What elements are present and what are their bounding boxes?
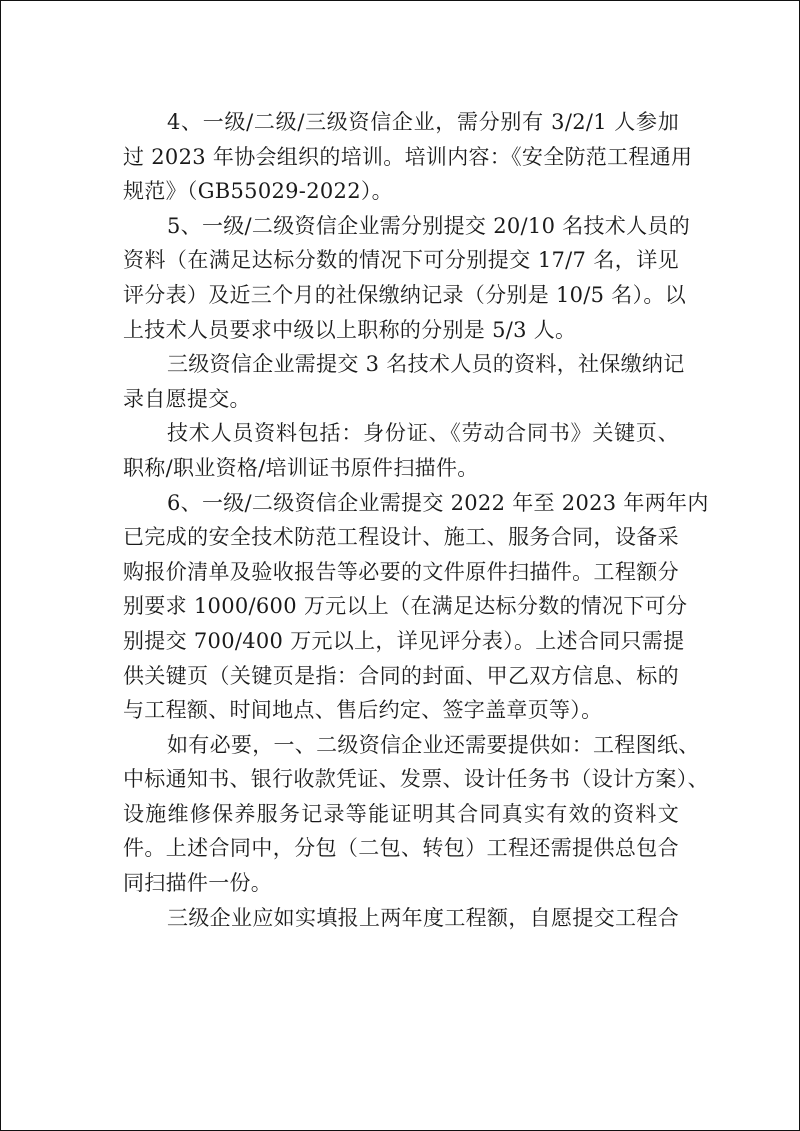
document-page: 4、一级/二级/三级资信企业，需分别有 3/2/1 人参加 过 2023 年协会…: [0, 0, 800, 1131]
text-line: 过 2023 年协会组织的培训。培训内容：《安全防范工程通用: [123, 140, 679, 175]
text-line: 已完成的安全技术防范工程设计、施工、服务合同，设备采: [123, 520, 679, 555]
paragraph-item-6: 6、一级/二级资信企业需提交 2022 年至 2023 年两年内 已完成的安全技…: [123, 486, 679, 728]
text-line: 供关键页（关键页是指：合同的封面、甲乙双方信息、标的: [123, 659, 679, 694]
text-line: 规范》（GB55029-2022）。: [123, 174, 679, 209]
paragraph-item-6-supplementary: 如有必要，一、二级资信企业还需要提供如：工程图纸、 中标通知书、银行收款凭证、发…: [123, 728, 679, 901]
text-line: 中标通知书、银行收款凭证、发票、设计任务书（设计方案）、: [123, 762, 679, 797]
text-line: 6、一级/二级资信企业需提交 2022 年至 2023 年两年内: [123, 486, 679, 521]
text-line: 三级资信企业需提交 3 名技术人员的资料，社保缴纳记: [123, 347, 679, 382]
text-line: 三级企业应如实填报上两年度工程额，自愿提交工程合: [123, 901, 679, 936]
text-line: 与工程额、时间地点、售后约定、签字盖章页等）。: [123, 693, 679, 728]
paragraph-item-5-materials: 技术人员资料包括：身份证、《劳动合同书》关键页、 职称/职业资格/培训证书原件扫…: [123, 416, 679, 485]
text-line: 如有必要，一、二级资信企业还需要提供如：工程图纸、: [123, 728, 679, 763]
text-line: 同扫描件一份。: [123, 866, 679, 901]
document-body: 4、一级/二级/三级资信企业，需分别有 3/2/1 人参加 过 2023 年协会…: [123, 105, 679, 935]
paragraph-item-6-tier3: 三级企业应如实填报上两年度工程额，自愿提交工程合: [123, 901, 679, 936]
text-line: 上技术人员要求中级以上职称的分别是 5/3 人。: [123, 313, 679, 348]
paragraph-item-4: 4、一级/二级/三级资信企业，需分别有 3/2/1 人参加 过 2023 年协会…: [123, 105, 679, 209]
text-line: 设施维修保养服务记录等能证明其合同真实有效的资料文: [123, 797, 679, 832]
paragraph-item-5: 5、一级/二级资信企业需分别提交 20/10 名技术人员的 资料（在满足达标分数…: [123, 209, 679, 347]
text-line: 别提交 700/400 万元以上，详见评分表）。上述合同只需提: [123, 624, 679, 659]
text-line: 录自愿提交。: [123, 382, 679, 417]
text-line: 4、一级/二级/三级资信企业，需分别有 3/2/1 人参加: [123, 105, 679, 140]
text-line: 技术人员资料包括：身份证、《劳动合同书》关键页、: [123, 416, 679, 451]
paragraph-item-5-tier3: 三级资信企业需提交 3 名技术人员的资料，社保缴纳记 录自愿提交。: [123, 347, 679, 416]
text-line: 5、一级/二级资信企业需分别提交 20/10 名技术人员的: [123, 209, 679, 244]
text-line: 职称/职业资格/培训证书原件扫描件。: [123, 451, 679, 486]
text-line: 件。上述合同中，分包（二包、转包）工程还需提供总包合: [123, 831, 679, 866]
text-line: 评分表）及近三个月的社保缴纳记录（分别是 10/5 名）。以: [123, 278, 679, 313]
text-line: 购报价清单及验收报告等必要的文件原件扫描件。工程额分: [123, 555, 679, 590]
text-line: 别要求 1000/600 万元以上（在满足达标分数的情况下可分: [123, 589, 679, 624]
text-line: 资料（在满足达标分数的情况下可分别提交 17/7 名，详见: [123, 243, 679, 278]
